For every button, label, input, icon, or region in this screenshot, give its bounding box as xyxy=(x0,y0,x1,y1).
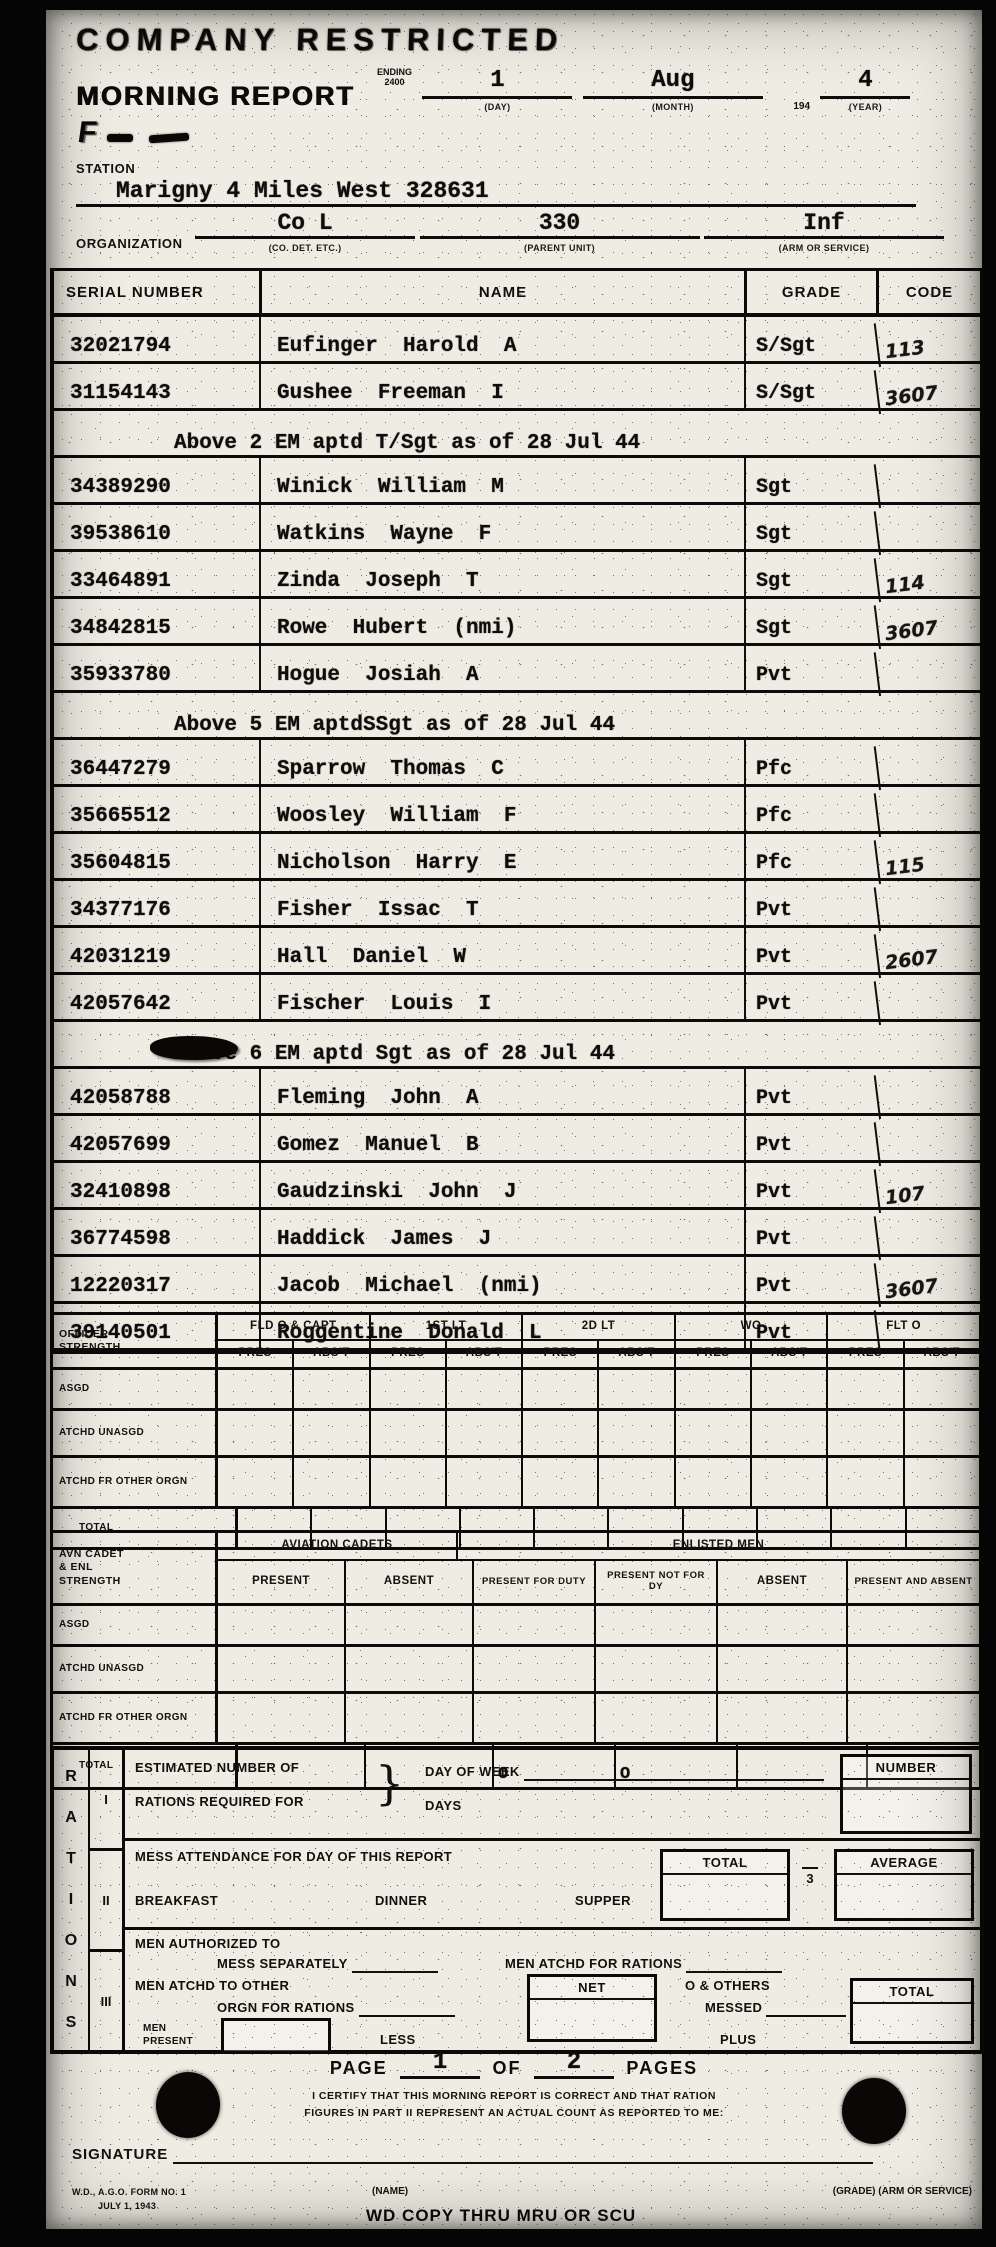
enlisted-subheader: ABSENT xyxy=(346,1561,474,1603)
roster-serial-cell: 35933780 xyxy=(54,646,259,690)
strength-cell xyxy=(371,1458,447,1506)
roster-serial-cell: 36447279 xyxy=(54,740,259,784)
strength-cell xyxy=(718,1606,848,1644)
strength-cell xyxy=(718,1647,848,1691)
officer-subheader: ABS'T xyxy=(905,1341,979,1367)
plus-label: PLUS xyxy=(720,2032,756,2047)
strength-cell xyxy=(346,1606,474,1644)
roster-grade-cell: Pvt xyxy=(744,975,876,1019)
page-number: 1 xyxy=(400,2050,480,2079)
mess-separately-blank xyxy=(352,1956,438,1973)
form-id-line2: JULY 1, 1943 xyxy=(72,2201,156,2211)
officer-subheader: PRES xyxy=(371,1341,447,1367)
officer-table-body: ASGDATCHD UNASGDATCHD FR OTHER ORGNTOTAL xyxy=(53,1370,979,1547)
strength-cell xyxy=(218,1694,346,1742)
roster-grade-cell: Pvt xyxy=(744,1210,876,1254)
roster-name-cell: Haddick James J xyxy=(259,1210,744,1254)
roster-name-cell: Winick William M xyxy=(259,458,744,502)
cert-line-2: FIGURES IN PART II REPRESENT AN ACTUAL C… xyxy=(304,2107,723,2119)
officer-group-row: FLD O & CAPT1ST LT2D LTWOFLT O xyxy=(218,1315,979,1341)
roster-row: 33464891Zinda Joseph TSgt114 xyxy=(54,552,980,599)
divide-by-three: 3 xyxy=(800,1867,820,1886)
of-word: OF xyxy=(493,2058,522,2078)
officer-group-header: FLT O xyxy=(828,1315,979,1339)
ending-time: 2400 xyxy=(384,77,404,87)
strength-cell xyxy=(676,1370,752,1408)
signature-row: SIGNATURE xyxy=(72,2144,968,2164)
strength-cell xyxy=(447,1411,523,1455)
rations-letter: T xyxy=(66,1850,76,1868)
form-id: W.D., A.G.O. FORM NO. 1 JULY 1, 1943 xyxy=(72,2186,372,2213)
strength-cell xyxy=(752,1411,828,1455)
strength-cell xyxy=(218,1370,294,1408)
org-arm-value: Inf xyxy=(704,210,944,239)
men-atchd-rations-text: MEN ATCHD FOR RATIONS xyxy=(505,1956,682,1971)
org-unit-value: Co L xyxy=(195,210,415,239)
strength-cell xyxy=(828,1411,904,1455)
strength-cell xyxy=(346,1647,474,1691)
men-atchd-rations-blank xyxy=(686,1956,782,1973)
roster-name-cell: Woosley William F xyxy=(259,787,744,831)
roster-name-cell: Gushee Freeman I xyxy=(259,364,744,408)
grade-sublabel: (GRADE) (ARM OR SERVICE) xyxy=(702,2186,972,2213)
officer-subheader: PRES xyxy=(828,1341,904,1367)
officer-strength-row: ASGD xyxy=(53,1370,979,1411)
day-value: 1 xyxy=(422,66,572,99)
roster-serial-cell: 42057642 xyxy=(54,975,259,1019)
roster-name-cell: Hogue Josiah A xyxy=(259,646,744,690)
estimated-rations-line1: ESTIMATED NUMBER OF xyxy=(135,1760,299,1775)
roster-row: 36774598Haddick James JPvt xyxy=(54,1210,980,1257)
strength-cell xyxy=(905,1458,979,1506)
roster-note-row: Above 6 EM aptd Sgt as of 28 Jul 44 xyxy=(54,1022,980,1069)
title-row: MORNING REPORT ENDING 2400 1 (DAY) Aug (… xyxy=(76,66,976,112)
officer-subheader: ABS'T xyxy=(294,1341,370,1367)
station-row: STATION Marigny 4 Miles West 328631 xyxy=(76,160,978,207)
number-box: NUMBER xyxy=(840,1754,972,1834)
roster-serial-cell: 39538610 xyxy=(54,505,259,549)
division-bar xyxy=(802,1867,818,1869)
month-field: Aug (MONTH) xyxy=(583,66,763,112)
officer-subheader: PRES xyxy=(676,1341,752,1367)
roster-grade-cell: Sgt xyxy=(744,505,876,549)
officer-group-header: 2D LT xyxy=(523,1315,676,1339)
roster-grade-cell: Pfc xyxy=(744,787,876,831)
roster-row: 34389290Winick William MSgt xyxy=(54,458,980,505)
enlisted-strength-row: ATCHD FR OTHER ORGN xyxy=(53,1694,979,1745)
roster-grade-cell: Sgt xyxy=(744,458,876,502)
roster-name-cell: Rowe Hubert (nmi) xyxy=(259,599,744,643)
org-arm-segment: Inf (ARM OR SERVICE) xyxy=(704,210,944,253)
roster-grade-cell: Pvt xyxy=(744,646,876,690)
strength-cell xyxy=(447,1458,523,1506)
part-2-numeral: II xyxy=(90,1851,122,1952)
net-box-label: NET xyxy=(530,1977,654,2000)
roster-code-cell: 3607 xyxy=(874,358,983,414)
strength-cell xyxy=(599,1370,675,1408)
paper: COMPANY RESTRICTED MORNING REPORT ENDING… xyxy=(46,10,982,2229)
rations-part-1: ESTIMATED NUMBER OF RATIONS REQUIRED FOR… xyxy=(125,1750,980,1841)
roster-serial-cell: 36774598 xyxy=(54,1210,259,1254)
form-title: MORNING REPORT xyxy=(76,81,355,111)
roster-note-row: Above 5 EM aptdSSgt as of 28 Jul 44 xyxy=(54,693,980,740)
orgn-for-rations-blank xyxy=(359,2000,455,2017)
strength-cell xyxy=(447,1370,523,1408)
ending-label: ENDING 2400 xyxy=(377,68,412,88)
others-messed-text: MESSED xyxy=(705,2000,762,2015)
strength-cell xyxy=(718,1694,848,1742)
strength-cell xyxy=(218,1606,346,1644)
average-box: AVERAGE xyxy=(834,1849,974,1921)
officer-subheader: ABS'T xyxy=(447,1341,523,1367)
punch-hole-right xyxy=(842,2078,906,2144)
men-authorized-line: MEN AUTHORIZED TO xyxy=(135,1936,280,1951)
strength-cell xyxy=(596,1606,718,1644)
part-3-numeral: III xyxy=(90,1952,122,2050)
orgn-for-rations-label: ORGN FOR RATIONS xyxy=(217,2000,455,2017)
mess-total-box: TOTAL xyxy=(660,1849,790,1921)
roster-row: 12220317Jacob Michael (nmi)Pvt3607 xyxy=(54,1257,980,1304)
roster-code-cell xyxy=(874,640,983,696)
roster-row: 31154143Gushee Freeman IS/Sgt3607 xyxy=(54,364,980,411)
roster-serial-cell: 32410898 xyxy=(54,1163,259,1207)
men-present-label: MEN PRESENT xyxy=(143,2022,193,2048)
station-value: Marigny 4 Miles West 328631 xyxy=(76,178,916,207)
roster-serial-cell: 34377176 xyxy=(54,881,259,925)
cert-line-1: I CERTIFY THAT THIS MORNING REPORT IS CO… xyxy=(312,2090,716,2102)
strength-cell xyxy=(294,1411,370,1455)
roster-row: 35604815Nicholson Harry EPfc115 xyxy=(54,834,980,881)
enlisted-corner-label: AVN CADET & ENL STRENGTH xyxy=(53,1533,218,1603)
roster-header-row: SERIAL NUMBER NAME GRADE CODE xyxy=(54,271,980,317)
roster-serial-cell: 12220317 xyxy=(54,1257,259,1301)
roster-note-text: Above 5 EM aptdSSgt as of 28 Jul 44 xyxy=(54,693,980,740)
brace-glyph: } xyxy=(375,1756,404,1810)
day-of-week-label: DAY OF WEEK xyxy=(425,1764,824,1781)
breakfast-label: BREAKFAST xyxy=(135,1893,218,1908)
org-unit-segment: Co L (CO. DET. ETC.) xyxy=(195,210,415,253)
part-1-numeral: I xyxy=(90,1750,122,1851)
roster-name-cell: Jacob Michael (nmi) xyxy=(259,1257,744,1301)
officer-strength-row: ATCHD UNASGD xyxy=(53,1411,979,1458)
present-word: PRESENT xyxy=(143,2036,193,2047)
strength-cell xyxy=(218,1647,346,1691)
strength-cell xyxy=(523,1370,599,1408)
roster-serial-cell: 42031219 xyxy=(54,928,259,972)
organization-row: ORGANIZATION Co L (CO. DET. ETC.) 330 (P… xyxy=(76,210,978,253)
year-field: 4 (YEAR) xyxy=(820,66,910,112)
officer-subheader-row: PRESABS'TPRESABS'TPRESABS'TPRESABS'TPRES… xyxy=(218,1341,979,1367)
enlisted-subheader: ABSENT xyxy=(718,1561,848,1603)
rations-letter: S xyxy=(66,2014,77,2032)
roster-grade-cell: Sgt xyxy=(744,552,876,596)
rations-letter: N xyxy=(65,1973,77,1991)
day-of-week-blank xyxy=(524,1764,824,1781)
officer-row-label: ASGD xyxy=(53,1370,218,1408)
strength-cell xyxy=(848,1694,979,1742)
roster-body: 32021794Eufinger Harold AS/Sgt1133115414… xyxy=(54,317,980,1351)
organization-label: ORGANIZATION xyxy=(76,236,183,251)
officer-subheader: PRES xyxy=(218,1341,294,1367)
classification-stamp: COMPANY RESTRICTED xyxy=(75,22,565,58)
roster-serial-cell: 35604815 xyxy=(54,834,259,878)
mess-separately-text: MESS SEPARATELY xyxy=(217,1956,348,1971)
rations-numeral-column: I II III xyxy=(90,1750,125,2050)
officer-subheader: ABS'T xyxy=(599,1341,675,1367)
roster-serial-cell: 34842815 xyxy=(54,599,259,643)
strength-cell xyxy=(596,1647,718,1691)
scanned-morning-report: COMPANY RESTRICTED MORNING REPORT ENDING… xyxy=(0,0,996,2247)
strength-cell xyxy=(218,1411,294,1455)
roster-name-cell: Watkins Wayne F xyxy=(259,505,744,549)
enlisted-subheader-row: PRESENTABSENTPRESENT FOR DUTYPRESENT NOT… xyxy=(218,1561,979,1603)
enlisted-men-group-header: ENLISTED MEN xyxy=(458,1533,979,1559)
roster-serial-cell: 35665512 xyxy=(54,787,259,831)
certification-text: I CERTIFY THAT THIS MORNING REPORT IS CO… xyxy=(214,2088,814,2122)
roster-row: 42057699Gomez Manuel BPvt xyxy=(54,1116,980,1163)
rations-letter: A xyxy=(65,1809,77,1827)
station-label: STATION xyxy=(76,161,135,176)
officer-corner-label: OFFICER STRENGTH xyxy=(53,1315,218,1367)
roster-grade-cell: S/Sgt xyxy=(744,364,876,408)
roster-note-text: Above 2 EM aptd T/Sgt as of 28 Jul 44 xyxy=(54,411,980,458)
signature-label: SIGNATURE xyxy=(72,2146,168,2163)
smudge-dash xyxy=(107,134,133,142)
enlisted-strength-row: ASGD xyxy=(53,1606,979,1647)
roster-table: SERIAL NUMBER NAME GRADE CODE 32021794Eu… xyxy=(50,268,983,1354)
strength-cell xyxy=(523,1458,599,1506)
less-label: LESS xyxy=(380,2032,416,2047)
strength-cell xyxy=(676,1458,752,1506)
rations-total-box: TOTAL xyxy=(850,1978,974,2044)
rations-letter: R xyxy=(65,1768,77,1786)
rations-part-2: MESS ATTENDANCE FOR DAY OF THIS REPORT B… xyxy=(125,1841,980,1930)
officer-strength-table: OFFICER STRENGTH FLD O & CAPT1ST LT2D LT… xyxy=(50,1312,982,1550)
enlisted-subheader: PRESENT AND ABSENT xyxy=(848,1561,979,1603)
ink-blot xyxy=(150,1036,238,1060)
roster-name-cell: Gomez Manuel B xyxy=(259,1116,744,1160)
mess-total-label: TOTAL xyxy=(663,1852,787,1875)
strength-cell xyxy=(599,1458,675,1506)
officer-row-label: ATCHD FR OTHER ORGN xyxy=(53,1458,218,1506)
roster-grade-cell: Pfc xyxy=(744,834,876,878)
strength-cell xyxy=(752,1370,828,1408)
strength-cell xyxy=(905,1370,979,1408)
roster-grade-cell: Pvt xyxy=(744,881,876,925)
rations-section: RATIONS I II III ESTIMATED NUMBER OF RAT… xyxy=(50,1746,984,2054)
roster-grade-cell: S/Sgt xyxy=(744,317,876,361)
roster-row: 42058788Fleming John APvt xyxy=(54,1069,980,1116)
form-id-line1: W.D., A.G.O. FORM NO. 1 xyxy=(72,2187,186,2197)
name-column-header: NAME xyxy=(259,271,744,313)
strength-cell xyxy=(905,1411,979,1455)
page-total: 2 xyxy=(534,2050,614,2079)
corner-line: AVN CADET xyxy=(59,1548,209,1561)
enlisted-row-label: ATCHD UNASGD xyxy=(53,1647,218,1691)
roster-name-cell: Fleming John A xyxy=(259,1069,744,1113)
others-messed-blank xyxy=(766,2000,846,2017)
roster-serial-cell: 31154143 xyxy=(54,364,259,408)
strength-cell xyxy=(752,1458,828,1506)
supper-label: SUPPER xyxy=(575,1893,631,1908)
corner-line: OFFICER xyxy=(59,1328,209,1341)
rations-vertical-label: RATIONS xyxy=(54,1750,90,2050)
net-box: NET xyxy=(527,1974,657,2042)
ink-smudge: F xyxy=(78,116,298,142)
officer-table-header: OFFICER STRENGTH FLD O & CAPT1ST LT2D LT… xyxy=(53,1315,979,1370)
page-word: PAGE xyxy=(330,2058,388,2078)
org-parent-segment: 330 (PARENT UNIT) xyxy=(420,210,700,253)
days-label: DAYS xyxy=(425,1798,462,1813)
org-parent-sublabel: (PARENT UNIT) xyxy=(420,243,700,253)
roster-grade-cell: Pvt xyxy=(744,1257,876,1301)
strength-cell xyxy=(474,1606,596,1644)
enlisted-group-row: AVIATION CADETSENLISTED MEN xyxy=(218,1533,979,1561)
roster-serial-cell: 34389290 xyxy=(54,458,259,502)
men-atchd-rations-label: MEN ATCHD FOR RATIONS xyxy=(505,1956,782,1973)
officer-group-header: WO xyxy=(676,1315,829,1339)
strength-cell xyxy=(371,1411,447,1455)
org-parent-value: 330 xyxy=(420,210,700,239)
officer-group-header: FLD O & CAPT xyxy=(218,1315,371,1339)
others-line1: O & OTHERS xyxy=(685,1978,770,1993)
day-of-week-text: DAY OF WEEK xyxy=(425,1764,520,1779)
roster-serial-cell: 42058788 xyxy=(54,1069,259,1113)
grade-column-header: GRADE xyxy=(744,271,876,313)
punch-hole-left xyxy=(152,2068,225,2142)
strength-cell xyxy=(294,1458,370,1506)
roster-grade-cell: Pvt xyxy=(744,1069,876,1113)
estimated-rations-line2: RATIONS REQUIRED FOR xyxy=(135,1794,304,1809)
dinner-label: DINNER xyxy=(375,1893,427,1908)
enlisted-table-header: AVN CADET & ENL STRENGTH AVIATION CADETS… xyxy=(53,1533,979,1606)
roster-serial-cell: 33464891 xyxy=(54,552,259,596)
signature-blank xyxy=(173,2144,873,2164)
org-arm-sublabel: (ARM OR SERVICE) xyxy=(704,243,944,253)
rations-letter: O xyxy=(65,1932,77,1950)
rations-part-3: MEN AUTHORIZED TO MESS SEPARATELY MEN AT… xyxy=(125,1930,980,2050)
roster-row: 32021794Eufinger Harold AS/Sgt113 xyxy=(54,317,980,364)
roster-grade-cell: Pvt xyxy=(744,1116,876,1160)
strength-cell xyxy=(218,1458,294,1506)
roster-row: 42031219Hall Daniel WPvt2607 xyxy=(54,928,980,975)
enlisted-subheader: PRESENT FOR DUTY xyxy=(474,1561,596,1603)
roster-row: 34842815Rowe Hubert (nmi)Sgt3607 xyxy=(54,599,980,646)
roster-code-cell xyxy=(874,969,983,1025)
officer-row-label: ATCHD UNASGD xyxy=(53,1411,218,1455)
roster-row: 39538610Watkins Wayne FSgt xyxy=(54,505,980,552)
corner-line: & ENL xyxy=(59,1561,209,1574)
enlisted-row-label: ATCHD FR OTHER ORGN xyxy=(53,1694,218,1742)
officer-strength-row: ATCHD FR OTHER ORGN xyxy=(53,1458,979,1509)
roster-row: 36447279Sparrow Thomas CPfc xyxy=(54,740,980,787)
officer-subheader: PRES xyxy=(523,1341,599,1367)
roster-row: 35665512Woosley William FPfc xyxy=(54,787,980,834)
strength-cell xyxy=(848,1606,979,1644)
divisor-value: 3 xyxy=(806,1871,813,1886)
copy-routing-note: WD COPY THRU MRU OR SCU xyxy=(366,2206,636,2226)
roster-name-cell: Gaudzinski John J xyxy=(259,1163,744,1207)
mess-attendance-title: MESS ATTENDANCE FOR DAY OF THIS REPORT xyxy=(135,1849,452,1864)
roster-serial-cell: 32021794 xyxy=(54,317,259,361)
enlisted-row-label: ASGD xyxy=(53,1606,218,1644)
strength-cell xyxy=(676,1411,752,1455)
men-atchd-other-line: MEN ATCHD TO OTHER xyxy=(135,1978,289,1993)
strength-cell xyxy=(828,1370,904,1408)
enlisted-strength-row: ATCHD UNASGD xyxy=(53,1647,979,1694)
roster-serial-cell: 42057699 xyxy=(54,1116,259,1160)
number-box-label: NUMBER xyxy=(843,1757,969,1780)
strength-cell xyxy=(474,1647,596,1691)
men-present-box xyxy=(221,2018,331,2054)
strength-cell xyxy=(596,1694,718,1742)
org-unit-sublabel: (CO. DET. ETC.) xyxy=(195,243,415,253)
year-sublabel: (YEAR) xyxy=(820,102,910,112)
orgn-for-rations-text: ORGN FOR RATIONS xyxy=(217,2000,355,2015)
strength-cell xyxy=(848,1647,979,1691)
month-sublabel: (MONTH) xyxy=(583,102,763,112)
smudge-letter: F xyxy=(76,116,99,150)
roster-grade-cell: Pvt xyxy=(744,928,876,972)
roster-grade-cell: Pfc xyxy=(744,740,876,784)
roster-row: 42057642Fischer Louis IPvt xyxy=(54,975,980,1022)
others-messed-label: MESSED xyxy=(705,2000,846,2017)
code-column-header: CODE xyxy=(876,271,980,313)
day-field: 1 (DAY) xyxy=(422,66,572,112)
officer-subheader: ABS'T xyxy=(752,1341,828,1367)
rations-letter: I xyxy=(69,1891,73,1909)
strength-cell xyxy=(346,1694,474,1742)
strength-cell xyxy=(828,1458,904,1506)
roster-name-cell: Zinda Joseph T xyxy=(259,552,744,596)
strength-cell xyxy=(371,1370,447,1408)
roster-name-cell: Eufinger Harold A xyxy=(259,317,744,361)
ending-word: ENDING xyxy=(377,67,412,77)
mess-separately-label: MESS SEPARATELY xyxy=(217,1956,438,1973)
pages-word: PAGES xyxy=(626,2058,698,2078)
average-box-label: AVERAGE xyxy=(837,1852,971,1875)
men-word: MEN xyxy=(143,2023,166,2034)
strength-cell xyxy=(294,1370,370,1408)
serial-column-header: SERIAL NUMBER xyxy=(54,271,259,313)
corner-line: STRENGTH xyxy=(59,1575,209,1588)
aviation-cadets-group-header: AVIATION CADETS xyxy=(218,1533,458,1559)
year-value: 4 xyxy=(820,66,910,99)
strength-cell xyxy=(474,1694,596,1742)
day-sublabel: (DAY) xyxy=(422,102,572,112)
enlisted-subheader: PRESENT xyxy=(218,1561,346,1603)
roster-grade-cell: Sgt xyxy=(744,599,876,643)
roster-grade-cell: Pvt xyxy=(744,1163,876,1207)
roster-name-cell: Fisher Issac T xyxy=(259,881,744,925)
roster-row: 34377176Fisher Issac TPvt xyxy=(54,881,980,928)
corner-line: STRENGTH xyxy=(59,1341,209,1354)
roster-name-cell: Nicholson Harry E xyxy=(259,834,744,878)
rations-total-label: TOTAL xyxy=(853,1981,971,2004)
roster-row: 32410898Gaudzinski John JPvt107 xyxy=(54,1163,980,1210)
roster-row: 35933780Hogue Josiah APvt xyxy=(54,646,980,693)
officer-group-header: 1ST LT xyxy=(371,1315,524,1339)
enlisted-subheader: PRESENT NOT FOR DY xyxy=(596,1561,718,1603)
strength-cell xyxy=(523,1411,599,1455)
roster-name-cell: Fischer Louis I xyxy=(259,975,744,1019)
roster-name-cell: Hall Daniel W xyxy=(259,928,744,972)
smudge-dash xyxy=(149,132,189,143)
roster-name-cell: Sparrow Thomas C xyxy=(259,740,744,784)
month-value: Aug xyxy=(583,66,763,99)
roster-note-row: Above 2 EM aptd T/Sgt as of 28 Jul 44 xyxy=(54,411,980,458)
strength-cell xyxy=(599,1411,675,1455)
